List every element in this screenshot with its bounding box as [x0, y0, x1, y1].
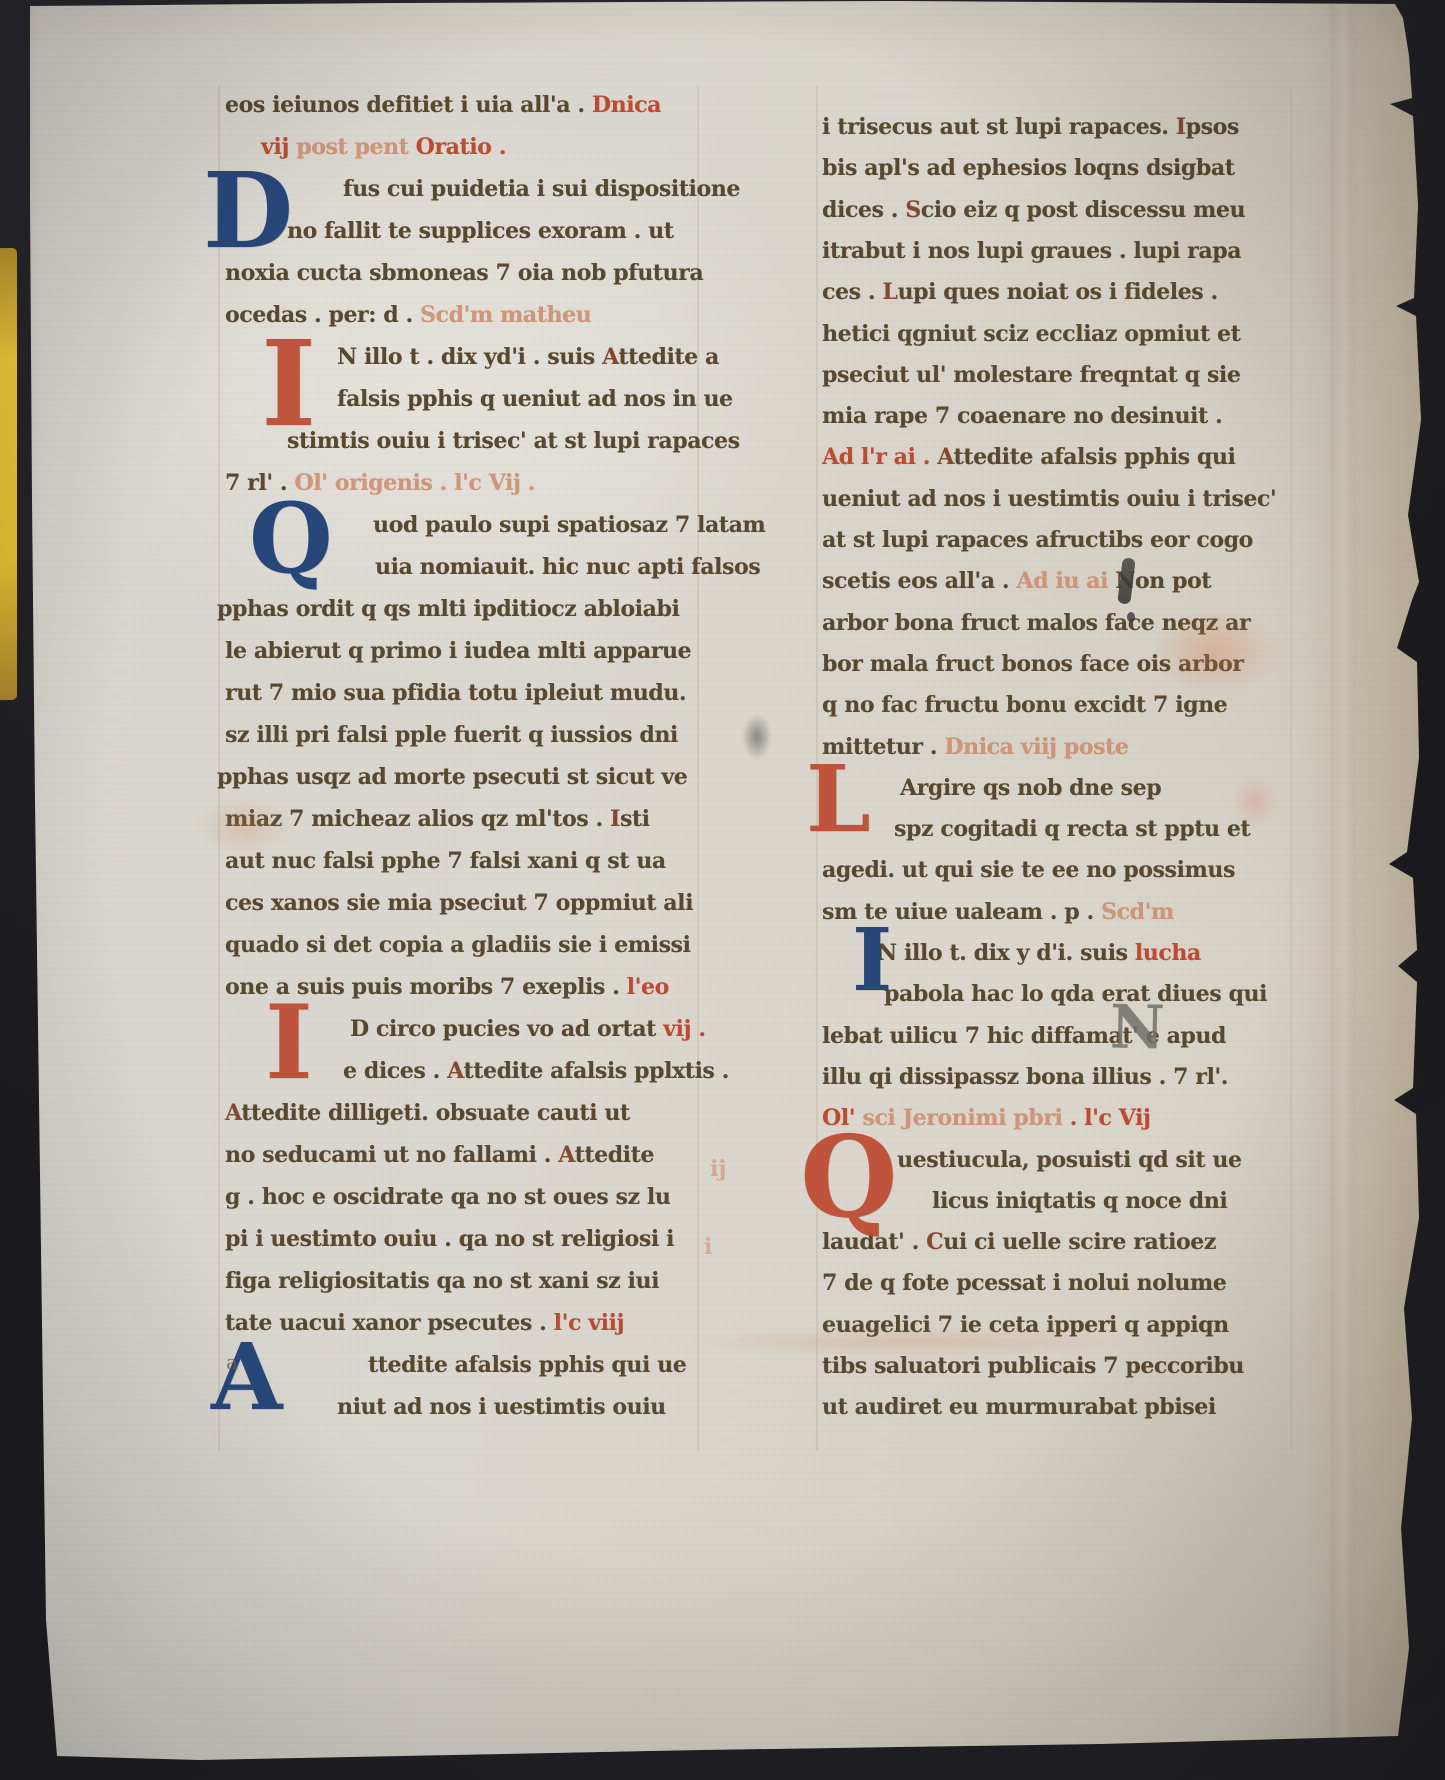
manuscript-text-line: uia nomiauit. hic nuc apti falsos: [375, 552, 760, 582]
manuscript-text-line: ueniut ad nos i uestimtis ouiu i trisec': [822, 484, 1276, 514]
manuscript-text-line: euagelici 7 ie ceta ipperi q appiqn: [822, 1310, 1229, 1340]
manuscript-text-line: mia rape 7 coaenare no desinuit .: [822, 401, 1222, 431]
manuscript-text-line: uod paulo supi spatiosaz 7 latam: [373, 510, 765, 540]
manuscript-text-line: e dices . Attedite afalsis pplxtis .: [343, 1056, 729, 1086]
illuminated-initial-I: I: [261, 336, 316, 433]
manuscript-text-line: tate uacui xanor psecutes . l'c viij: [225, 1308, 624, 1338]
manuscript-text-line: lebat uilicu 7 hic diffamat' e apud: [822, 1021, 1226, 1051]
illuminated-initial-Q: Q: [800, 1132, 898, 1224]
illuminated-initial-L: L: [806, 762, 871, 837]
manuscript-text-line: g . hoc e oscidrate qa no st oues sz lu: [225, 1182, 670, 1212]
manuscript-text-line: vij post pent Oratio .: [261, 132, 506, 162]
manuscript-text-line: N illo t. dix y d'i. suis lucha: [877, 938, 1201, 968]
manuscript-text-line: sz illi pri falsi pple fuerit q iussios …: [225, 720, 678, 750]
manuscript-text-line: pphas ordit q qs mlti ipditiocz abloiabi: [217, 594, 679, 624]
manuscript-text-line: pseciut ul' molestare freqntat q sie: [822, 360, 1241, 390]
text-column-left: eos ieiunos defitiet i uia all'a . Dnica…: [225, 0, 695, 1520]
manuscript-text-line: at st lupi rapaces afructibs eor cogo: [822, 525, 1253, 555]
illuminated-initial-D: D: [203, 168, 293, 253]
manuscript-text-line: fus cui puidetia i sui dispositione: [343, 174, 740, 204]
manuscript-text-line: quado si det copia a gladiis sie i emiss…: [225, 930, 691, 960]
illuminated-initial-Q: Q: [249, 500, 333, 579]
manuscript-text-line: stimtis ouiu i trisec' at st lupi rapace…: [287, 426, 740, 456]
manuscript-text-line: i trisecus aut st lupi rapaces. Ipsos: [822, 112, 1239, 142]
manuscript-text-line: falsis pphis q ueniut ad nos in ue: [337, 384, 733, 414]
manuscript-text-line: ut audiret eu murmurabat pbisei: [822, 1392, 1216, 1422]
manuscript-text-line: q no fac fructu bonu excidt 7 igne: [822, 690, 1227, 720]
manuscript-text-line: pi i uestimto ouiu . qa no st religiosi …: [225, 1224, 674, 1254]
manuscript-text-line: no fallit te supplices exoram . ut: [287, 216, 674, 246]
vellum-crease: [1330, 0, 1356, 1780]
manuscript-text-line: miaz 7 micheaz alios qz ml'tos . Isti: [225, 804, 650, 834]
ruling-line: [1290, 86, 1292, 1451]
manuscript-text-line: ces . Lupi ques noiat os i fideles .: [822, 277, 1218, 307]
gray-smudge: [742, 714, 772, 760]
photograph-backdrop: eos ieiunos defitiet i uia all'a . Dnica…: [0, 0, 1445, 1780]
manuscript-text-line: noxia cucta sbmoneas 7 oia nob pfutura: [225, 258, 703, 288]
manuscript-text-line: ttedite afalsis pphis qui ue: [368, 1350, 686, 1380]
illuminated-initial-A: A: [211, 1340, 282, 1415]
illuminated-initial-I: I: [265, 1002, 313, 1086]
yellow-edge-sliver: [0, 248, 17, 700]
manuscript-text-line: arbor bona fruct malos face neqz ar: [822, 608, 1250, 638]
manuscript-text-line: niut ad nos i uestimtis ouiu: [337, 1392, 666, 1422]
manuscript-text-line: tibs saluatori publicais 7 peccoribu: [822, 1351, 1244, 1381]
manuscript-text-line: agedi. ut qui sie te ee no possimus: [822, 855, 1235, 885]
manuscript-text-line: rut 7 mio sua pfidia totu ipleiut mudu.: [225, 678, 686, 708]
manuscript-text-line: scetis eos all'a . Ad iu ai Non pot: [822, 566, 1211, 596]
manuscript-text-line: eos ieiunos defitiet i uia all'a . Dnica: [225, 90, 661, 120]
manuscript-text-line: D circo pucies vo ad ortat vij .: [350, 1014, 706, 1044]
manuscript-text-line: 7 de q fote pcessat i nolui nolume: [822, 1268, 1226, 1298]
manuscript-leaf: eos ieiunos defitiet i uia all'a . Dnica…: [0, 0, 1445, 1780]
manuscript-text-line: N illo t . dix yd'i . suis Attedite a: [337, 342, 719, 372]
manuscript-text-line: itrabut i nos lupi graues . lupi rapa: [822, 236, 1241, 266]
manuscript-text-line: bis apl's ad ephesios loqns dsigbat: [822, 153, 1234, 183]
manuscript-text-line: figa religiositatis qa no st xani sz iui: [225, 1266, 659, 1296]
manuscript-text-line: licus iniqtatis q noce dni: [932, 1186, 1227, 1216]
manuscript-text-line: dices . Scio eiz q post discessu meu: [822, 195, 1245, 225]
manuscript-text-line: pphas usqz ad morte psecuti st sicut ve: [217, 762, 687, 792]
illuminated-initial-I: I: [852, 926, 892, 997]
manuscript-text-line: illu qi dissipassz bona illius . 7 rl'.: [822, 1062, 1228, 1092]
manuscript-text-line: spz cogitadi q recta st pptu et: [894, 814, 1250, 844]
ruling-line: [697, 86, 699, 1451]
manuscript-text-line: ces xanos sie mia pseciut 7 oppmiut ali: [225, 888, 693, 918]
text-column-right: i trisecus aut st lupi rapaces. Ipsosbis…: [822, 0, 1287, 1520]
manuscript-text-line: le abierut q primo i iudea mlti apparue: [225, 636, 691, 666]
manuscript-text-line: Ad l'r ai . Attedite afalsis pphis qui: [822, 442, 1235, 472]
manuscript-text-line: Argire qs nob dne sep: [900, 773, 1161, 803]
manuscript-text-line: pabola hac lo qda erat diues qui: [884, 979, 1267, 1009]
manuscript-text-line: uestiucula, posuisti qd sit ue: [897, 1145, 1242, 1175]
manuscript-text-line: hetici qgniut sciz eccliaz opmiut et: [822, 319, 1240, 349]
manuscript-text-line: aut nuc falsi pphe 7 falsi xani q st ua: [225, 846, 666, 876]
ghost-red-mark: i: [704, 1236, 712, 1258]
ghost-red-mark: ij: [710, 1158, 726, 1180]
manuscript-text-line: bor mala fruct bonos face ois arbor: [822, 649, 1244, 679]
manuscript-text-line: no seducami ut no fallami . Attedite: [225, 1140, 654, 1170]
